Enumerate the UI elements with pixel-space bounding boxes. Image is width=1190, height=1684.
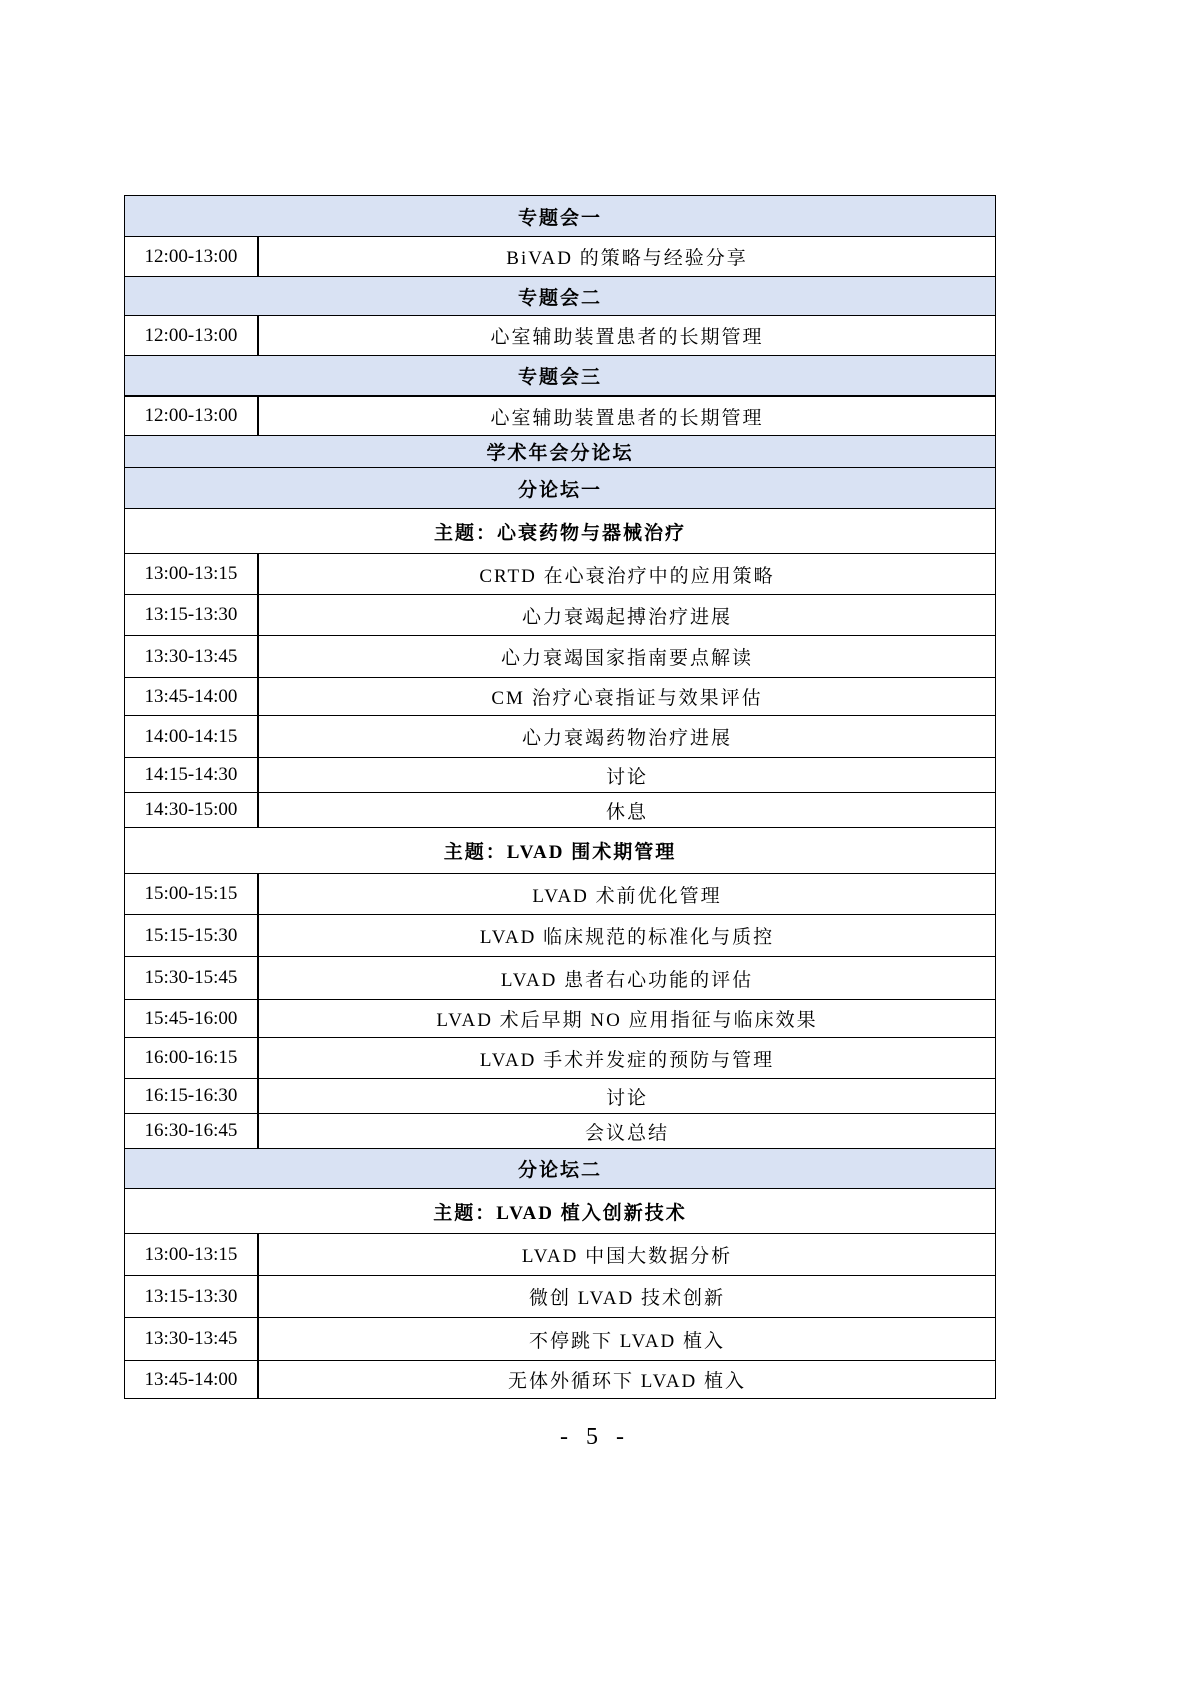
- section-header-row: 学术年会分论坛: [125, 435, 995, 467]
- topic-cell: 心室辅助装置患者的长期管理: [259, 316, 995, 355]
- table-row: 14:00-14:15心力衰竭药物治疗进展: [125, 715, 995, 757]
- topic-cell: BiVAD 的策略与经验分享: [259, 237, 995, 276]
- topic-cell: 休息: [259, 793, 995, 827]
- theme-row: 主题：LVAD 植入创新技术: [125, 1188, 995, 1233]
- topic-cell: CM 治疗心衰指证与效果评估: [259, 678, 995, 715]
- time-cell: 15:30-15:45: [125, 957, 259, 999]
- topic-cell: LVAD 手术并发症的预防与管理: [259, 1038, 995, 1078]
- time-cell: 13:15-13:30: [125, 1276, 259, 1317]
- topic-cell: 讨论: [259, 758, 995, 792]
- time-cell: 12:00-13:00: [125, 316, 259, 355]
- time-cell: 13:45-14:00: [125, 1361, 259, 1398]
- table-row: 15:15-15:30LVAD 临床规范的标准化与质控: [125, 914, 995, 956]
- section-title: 学术年会分论坛: [125, 436, 995, 467]
- time-cell: 12:00-13:00: [125, 237, 259, 276]
- topic-cell: 会议总结: [259, 1114, 995, 1148]
- time-cell: 15:15-15:30: [125, 915, 259, 956]
- table-row: 14:30-15:00休息: [125, 792, 995, 827]
- time-cell: 13:00-13:15: [125, 1234, 259, 1275]
- page-number: - 5 -: [0, 1424, 1190, 1451]
- table-row: 16:15-16:30讨论: [125, 1078, 995, 1113]
- theme-row: 主题：LVAD 围术期管理: [125, 827, 995, 873]
- table-row: 13:00-13:15CRTD 在心衰治疗中的应用策略: [125, 553, 995, 594]
- table-row: 12:00-13:00BiVAD 的策略与经验分享: [125, 236, 995, 276]
- section-header-row: 专题会二: [125, 276, 995, 315]
- table-row: 16:30-16:45会议总结: [125, 1113, 995, 1148]
- time-cell: 14:30-15:00: [125, 793, 259, 827]
- time-cell: 15:45-16:00: [125, 1000, 259, 1037]
- time-cell: 13:30-13:45: [125, 1318, 259, 1360]
- time-cell: 14:15-14:30: [125, 758, 259, 792]
- table-row: 13:30-13:45不停跳下 LVAD 植入: [125, 1317, 995, 1360]
- time-cell: 13:15-13:30: [125, 595, 259, 635]
- section-header-row: 分论坛一: [125, 467, 995, 508]
- topic-cell: 微创 LVAD 技术创新: [259, 1276, 995, 1317]
- theme-title: 主题：心衰药物与器械治疗: [125, 509, 995, 553]
- topic-cell: LVAD 中国大数据分析: [259, 1234, 995, 1275]
- topic-cell: 心室辅助装置患者的长期管理: [259, 397, 995, 435]
- table-row: 15:30-15:45LVAD 患者右心功能的评估: [125, 956, 995, 999]
- section-title: 专题会一: [125, 196, 995, 236]
- topic-cell: 心力衰竭国家指南要点解读: [259, 636, 995, 677]
- table-row: 13:30-13:45心力衰竭国家指南要点解读: [125, 635, 995, 677]
- table-row: 12:00-13:00心室辅助装置患者的长期管理: [125, 395, 995, 435]
- time-cell: 13:45-14:00: [125, 678, 259, 715]
- topic-cell: 心力衰竭起搏治疗进展: [259, 595, 995, 635]
- topic-cell: LVAD 临床规范的标准化与质控: [259, 915, 995, 956]
- theme-title: 主题：LVAD 围术期管理: [125, 828, 995, 873]
- table-row: 16:00-16:15LVAD 手术并发症的预防与管理: [125, 1037, 995, 1078]
- topic-cell: 心力衰竭药物治疗进展: [259, 716, 995, 757]
- section-title: 专题会二: [125, 277, 995, 315]
- time-cell: 13:30-13:45: [125, 636, 259, 677]
- time-cell: 13:00-13:15: [125, 554, 259, 594]
- section-title: 专题会三: [125, 356, 995, 395]
- table-row: 13:15-13:30微创 LVAD 技术创新: [125, 1275, 995, 1317]
- theme-title: 主题：LVAD 植入创新技术: [125, 1189, 995, 1233]
- time-cell: 16:00-16:15: [125, 1038, 259, 1078]
- topic-cell: 不停跳下 LVAD 植入: [259, 1318, 995, 1360]
- section-header-row: 分论坛二: [125, 1148, 995, 1188]
- section-title: 分论坛一: [125, 468, 995, 508]
- time-cell: 12:00-13:00: [125, 397, 259, 435]
- table-row: 13:45-14:00CM 治疗心衰指证与效果评估: [125, 677, 995, 715]
- time-cell: 16:15-16:30: [125, 1079, 259, 1113]
- schedule-table: 专题会一12:00-13:00BiVAD 的策略与经验分享专题会二12:00-1…: [124, 195, 996, 1399]
- topic-cell: LVAD 术前优化管理: [259, 874, 995, 914]
- section-title: 分论坛二: [125, 1149, 995, 1188]
- topic-cell: CRTD 在心衰治疗中的应用策略: [259, 554, 995, 594]
- table-row: 13:45-14:00无体外循环下 LVAD 植入: [125, 1360, 995, 1398]
- time-cell: 16:30-16:45: [125, 1114, 259, 1148]
- table-row: 13:15-13:30心力衰竭起搏治疗进展: [125, 594, 995, 635]
- topic-cell: LVAD 患者右心功能的评估: [259, 957, 995, 999]
- topic-cell: 讨论: [259, 1079, 995, 1113]
- table-row: 13:00-13:15LVAD 中国大数据分析: [125, 1233, 995, 1275]
- topic-cell: 无体外循环下 LVAD 植入: [259, 1361, 995, 1398]
- theme-row: 主题：心衰药物与器械治疗: [125, 508, 995, 553]
- table-row: 14:15-14:30讨论: [125, 757, 995, 792]
- section-header-row: 专题会一: [125, 196, 995, 236]
- topic-cell: LVAD 术后早期 NO 应用指征与临床效果: [259, 1000, 995, 1037]
- table-row: 12:00-13:00心室辅助装置患者的长期管理: [125, 315, 995, 355]
- section-header-row: 专题会三: [125, 355, 995, 395]
- table-row: 15:45-16:00LVAD 术后早期 NO 应用指征与临床效果: [125, 999, 995, 1037]
- time-cell: 14:00-14:15: [125, 716, 259, 757]
- table-row: 15:00-15:15LVAD 术前优化管理: [125, 873, 995, 914]
- time-cell: 15:00-15:15: [125, 874, 259, 914]
